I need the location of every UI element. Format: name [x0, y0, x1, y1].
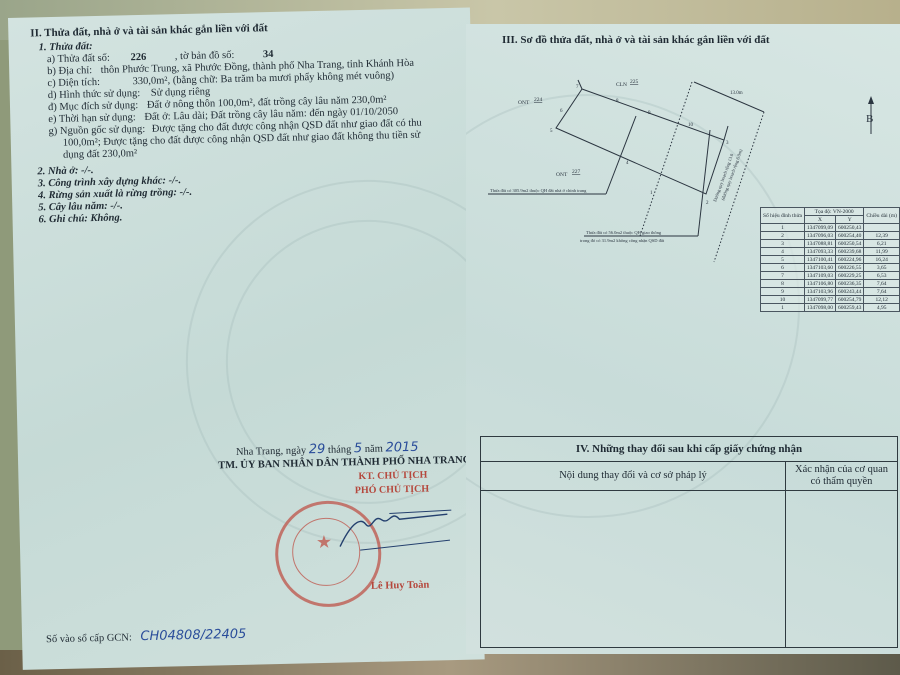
signer-name: Lê Huy Toàn — [371, 579, 430, 593]
left-page: II. Thửa đất, nhà ở và tài sản khác gắn … — [8, 8, 485, 670]
svg-text:4: 4 — [626, 161, 629, 166]
table-cell-x: 1347099,09 — [804, 224, 835, 232]
changes-content-cell — [481, 491, 786, 647]
table-cell-x: 1347103,60 — [804, 264, 835, 272]
table-cell-len: 7,64 — [864, 288, 900, 296]
table-cell-len: 11,99 — [864, 248, 900, 256]
table-row: 91347103,96600243,447,64 — [761, 288, 900, 296]
table-cell-pt: 7 — [761, 272, 805, 280]
table-cell-len: 12,12 — [864, 296, 900, 304]
table-cell-y: 600254,79 — [836, 296, 864, 304]
svg-text:Thửa đất có 56.0m2 thuộc QH gi: Thửa đất có 56.0m2 thuộc QH giao thông — [586, 230, 662, 235]
table-cell-x: 1347099,77 — [804, 296, 835, 304]
month-label: tháng — [328, 444, 352, 456]
year-label: năm — [365, 444, 383, 455]
table-cell-x: 1347098,00 — [804, 304, 835, 312]
svg-text:5: 5 — [550, 129, 553, 134]
item-notes: 6. Ghi chú: Không. — [38, 211, 122, 226]
table-cell-y: 600226,55 — [836, 264, 864, 272]
signing-month: 5 — [354, 441, 363, 456]
table-cell-y: 600243,44 — [836, 288, 864, 296]
svg-text:3: 3 — [726, 141, 729, 146]
on-behalf-title: KT. CHỦ TỊCH — [358, 469, 427, 484]
svg-text:CLN: CLN — [616, 82, 627, 88]
table-row: 11347099,09600250,43 — [761, 224, 900, 232]
svg-text:6: 6 — [560, 109, 563, 114]
col-x: X — [804, 216, 835, 224]
registry-row: Số vào sổ cấp GCN: CH04808/22405 — [46, 628, 247, 647]
changes-table: IV. Những thay đổi sau khi cấp giấy chứn… — [480, 436, 898, 648]
table-cell-x: 1347109,03 — [804, 272, 835, 280]
changes-col-content: Nội dung thay đổi và cơ sở pháp lý — [481, 462, 786, 490]
signing-day: 29 — [309, 442, 326, 457]
signer-title: PHÓ CHỦ TỊCH — [355, 483, 430, 498]
col-system: Tọa độ: VN-2000 — [804, 208, 864, 216]
table-row: 51347100,41600224,9616,24 — [761, 256, 900, 264]
table-row: 81347106,80600236,357,64 — [761, 280, 900, 288]
table-row: 61347103,60600226,553,65 — [761, 264, 900, 272]
changes-title: IV. Những thay đổi sau khi cấp giấy chứn… — [481, 437, 897, 462]
parcel-no: 226 — [130, 52, 146, 63]
svg-text:227: 227 — [572, 169, 581, 175]
svg-text:2: 2 — [706, 201, 709, 206]
svg-text:225: 225 — [630, 79, 639, 85]
svg-text:7: 7 — [576, 85, 579, 90]
table-row: 31347088,81600250,546,21 — [761, 240, 900, 248]
table-cell-pt: 1 — [761, 224, 805, 232]
table-row: 21347096,03600254,4012,39 — [761, 232, 900, 240]
svg-text:trong đó có 31.9m2 không công: trong đó có 31.9m2 không công nhận QSD đ… — [580, 238, 665, 243]
table-cell-pt: 3 — [761, 240, 805, 248]
table-cell-len: 16,24 — [864, 256, 900, 264]
table-row: 11347098,00600259,434,95 — [761, 304, 900, 312]
table-cell-pt: 1 — [761, 304, 805, 312]
changes-col-confirm: Xác nhận của cơ quan có thẩm quyền — [786, 462, 897, 490]
table-cell-pt: 10 — [761, 296, 805, 304]
right-page: III. Sơ đồ thửa đất, nhà ở và tài sản kh… — [466, 24, 900, 654]
section-ii-title: II. Thửa đất, nhà ở và tài sản khác gắn … — [30, 22, 268, 39]
origin-line3: dụng đất 230,0m² — [63, 147, 137, 162]
table-cell-pt: 8 — [761, 280, 805, 288]
table-cell-y: 600254,40 — [836, 232, 864, 240]
watermark-emblem — [182, 176, 485, 548]
north-label: B — [866, 113, 873, 125]
signing-year: 2015 — [385, 440, 418, 456]
table-cell-y: 600236,35 — [836, 280, 864, 288]
table-cell-y: 600239,68 — [836, 248, 864, 256]
table-cell-y: 600224,96 — [836, 256, 864, 264]
table-cell-x: 1347103,96 — [804, 288, 835, 296]
svg-text:8: 8 — [616, 99, 619, 104]
coordinate-rows: 11347099,09600250,4321347096,03600254,40… — [761, 224, 900, 312]
table-cell-len: 6,21 — [864, 240, 900, 248]
table-cell-x: 1347096,03 — [804, 232, 835, 240]
table-cell-x: 1347106,80 — [804, 280, 835, 288]
table-cell-len: 3,65 — [864, 264, 900, 272]
table-cell-len — [864, 224, 900, 232]
table-row: 101347099,77600254,7912,12 — [761, 296, 900, 304]
col-point: Số hiệu đỉnh thửa — [761, 208, 805, 224]
svg-text:ONT: ONT — [556, 172, 568, 178]
table-cell-len: 12,39 — [864, 232, 900, 240]
table-cell-x: 1347093,33 — [804, 248, 835, 256]
signing-place: Nha Trang, ngày — [236, 445, 307, 458]
registry-label: Số vào sổ cấp GCN: — [46, 632, 132, 645]
changes-col-confirm-line1: Xác nhận của cơ quan — [786, 464, 897, 476]
table-cell-y: 600259,43 — [836, 304, 864, 312]
table-cell-len: 4,95 — [864, 304, 900, 312]
svg-text:1: 1 — [650, 191, 653, 196]
table-cell-pt: 9 — [761, 288, 805, 296]
table-cell-len: 7,64 — [864, 280, 900, 288]
svg-text:10: 10 — [688, 123, 694, 128]
changes-col-confirm-line2: có thẩm quyền — [786, 476, 897, 488]
table-row: 71347109,03600229,256,53 — [761, 272, 900, 280]
table-cell-pt: 6 — [761, 264, 805, 272]
signature — [329, 504, 460, 557]
col-length: Chiều dài (m) — [864, 208, 900, 224]
table-cell-len: 6,53 — [864, 272, 900, 280]
svg-text:Thửa đất có 305.9m2 thuộc QH đ: Thửa đất có 305.9m2 thuộc QH đất nhà ở c… — [490, 188, 587, 193]
col-y: Y — [836, 216, 864, 224]
table-cell-x: 1347100,41 — [804, 256, 835, 264]
svg-text:13.0m: 13.0m — [730, 91, 743, 96]
table-cell-pt: 5 — [761, 256, 805, 264]
coordinate-table: Số hiệu đỉnh thửa Tọa độ: VN-2000 Chiều … — [760, 207, 900, 312]
registry-number: CH04808/22405 — [140, 627, 246, 644]
table-cell-y: 600250,43 — [836, 224, 864, 232]
table-cell-y: 600229,25 — [836, 272, 864, 280]
svg-text:ONT: ONT — [518, 100, 530, 106]
svg-text:224: 224 — [534, 97, 543, 103]
table-cell-pt: 2 — [761, 232, 805, 240]
table-row: 41347093,33600239,6811,99 — [761, 248, 900, 256]
table-cell-x: 1347088,81 — [804, 240, 835, 248]
table-cell-pt: 4 — [761, 248, 805, 256]
map-sheet-no: 34 — [263, 49, 274, 60]
table-cell-y: 600250,54 — [836, 240, 864, 248]
